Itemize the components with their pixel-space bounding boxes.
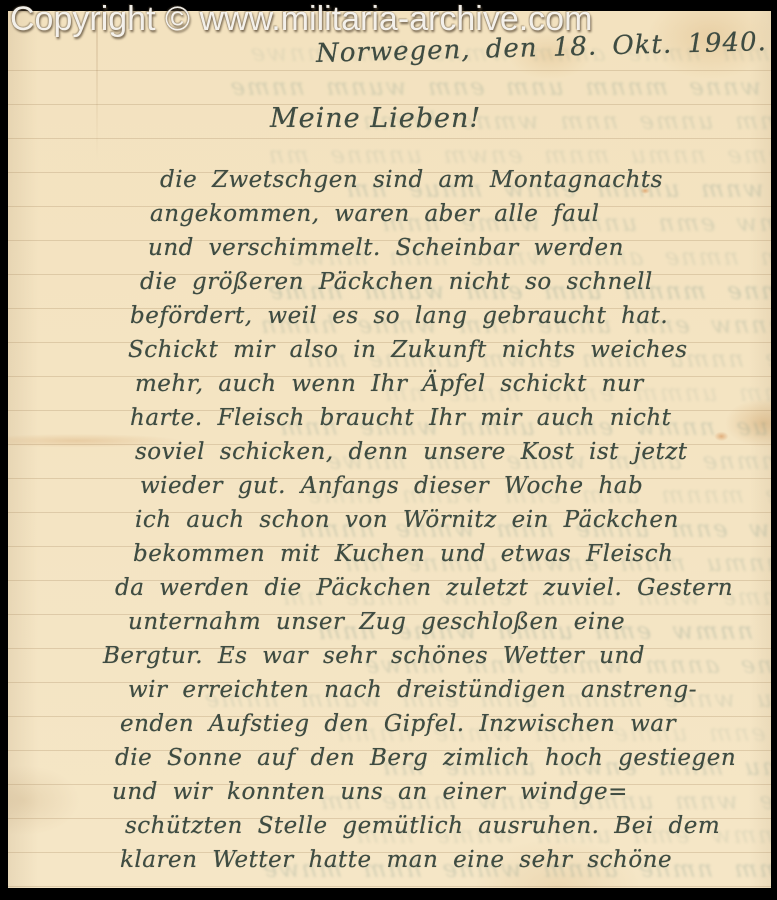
letter-body-line: die größeren Päckchen nicht so schnell	[140, 265, 771, 299]
letter-body-line: befördert, weil es so lang gebraucht hat…	[130, 299, 771, 333]
letter-body-line: schützten Stelle gemütlich ausruhen. Bei…	[125, 809, 771, 843]
letter-body-line: wieder gut. Anfangs dieser Woche hab	[140, 469, 771, 503]
scanned-letter-photo: hmm nmne annm wmne hnm mnwenmu wnne mnnm…	[0, 0, 777, 900]
letter-body-line: da werden die Päckchen zuletzt zuviel. G…	[115, 571, 771, 605]
letter-body-line: ich auch schon von Wörnitz ein Päckchen	[135, 503, 771, 537]
letter-body-line: mehr, auch wenn Ihr Äpfel schickt nur	[135, 367, 771, 401]
letter-body-line: angekommen, waren aber alle faul	[150, 197, 771, 231]
letter-body-line: unternahm unser Zug geschloßen eine	[128, 605, 771, 639]
letter-body-line: klaren Wetter hatte man eine sehr schöne	[120, 843, 771, 877]
letter-body-line: die Sonne auf den Berg zimlich hoch gest…	[115, 741, 771, 775]
bleedthrough-line: nmu wnne mnnm unm enm wunm nnme	[8, 73, 771, 101]
letter-body: die Zwetschgen sind am Montagnachtsangek…	[8, 163, 771, 877]
letter-body-line: und wir konnten uns an einer windge=	[112, 775, 771, 809]
copyright-watermark: Copyright © www.militaria-archive.com	[10, 0, 592, 39]
letter-paper: hmm nmne annm wmne hnm mnwenmu wnne mnnm…	[8, 11, 771, 888]
letter-body-line: die Zwetschgen sind am Montagnachts	[160, 163, 771, 197]
letter-body-line: harte. Fleisch braucht Ihr mir auch nich…	[130, 401, 771, 435]
letter-body-line: Schickt mir also in Zukunft nichts weich…	[128, 333, 771, 367]
letter-body-line: und verschimmelt. Scheinbar werden	[148, 231, 771, 265]
letter-body-line: soviel schicken, denn unsere Kost ist je…	[135, 435, 771, 469]
letter-body-line: enden Aufstieg den Gipfel. Inzwischen wa…	[120, 707, 771, 741]
letter-body-line: Bergtur. Es war sehr schönes Wetter und	[103, 639, 771, 673]
letter-salutation: Meine Lieben!	[270, 103, 481, 134]
letter-body-line: wir erreichten nach dreistündigen anstre…	[128, 673, 771, 707]
letter-body-line: bekommen mit Kuchen und etwas Fleisch	[133, 537, 771, 571]
